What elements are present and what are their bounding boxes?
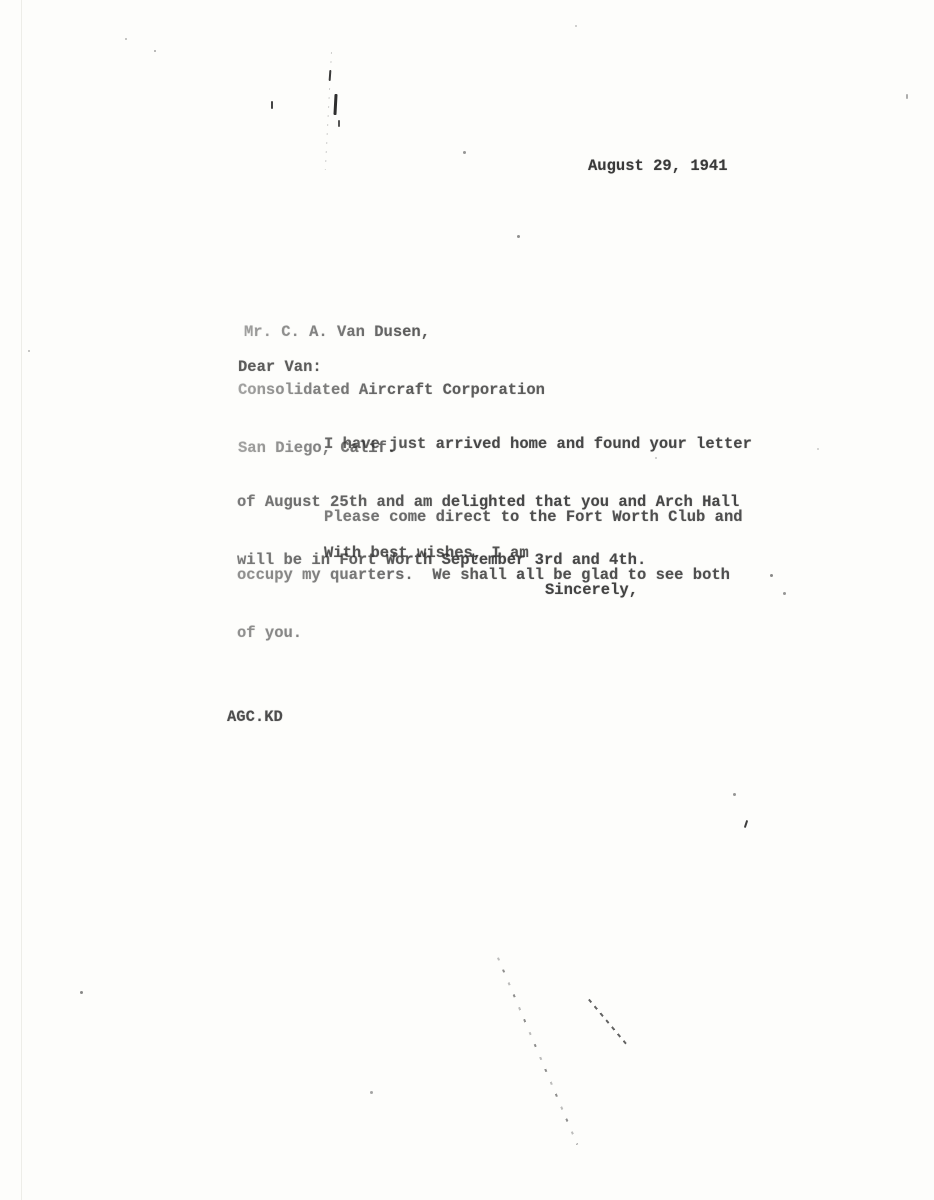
scan-scratch-bottom-right	[588, 999, 629, 1048]
scanned-letter-page: August 29, 1941 Mr. C. A. Van Dusen, Con…	[0, 0, 934, 1200]
scan-scratch-bottom-left	[497, 957, 578, 1145]
scan-scratch-dash	[333, 94, 337, 115]
scan-speck	[463, 151, 466, 154]
letter-date: August 29, 1941	[588, 157, 728, 176]
body-line: occupy my quarters. We shall all be glad…	[237, 566, 743, 585]
scan-speck	[770, 574, 773, 577]
scan-speck	[154, 50, 156, 52]
scan-speck	[80, 991, 83, 994]
body-line: I have just arrived home and found your …	[237, 435, 752, 454]
scan-speck	[817, 448, 819, 450]
recipient-name: Mr. C. A. Van Dusen,	[244, 323, 545, 342]
scan-speck	[517, 235, 520, 238]
scan-speck	[783, 592, 786, 595]
body-paragraph-2: Please come direct to the Fort Worth Clu…	[237, 470, 743, 681]
scan-scratch-dash	[329, 70, 332, 81]
scan-scratch-dash	[338, 120, 340, 127]
closing-line: With best wishes, I am	[324, 544, 529, 563]
scan-speck	[370, 1091, 373, 1094]
scan-speck	[125, 38, 127, 40]
salutation: Dear Van:	[238, 358, 322, 377]
scan-scratch-top	[325, 52, 332, 170]
typist-initials: AGC.KD	[227, 708, 283, 727]
scan-speck	[28, 350, 30, 352]
scan-speck	[906, 94, 908, 99]
body-line: Please come direct to the Fort Worth Clu…	[237, 508, 743, 527]
signoff: Sincerely,	[545, 581, 638, 600]
scan-mark	[744, 820, 748, 828]
scan-speck	[575, 25, 577, 27]
scan-speck	[733, 793, 736, 796]
scan-mark	[271, 101, 273, 109]
body-line: of you.	[237, 624, 743, 643]
page-edge-shadow	[21, 0, 22, 1200]
